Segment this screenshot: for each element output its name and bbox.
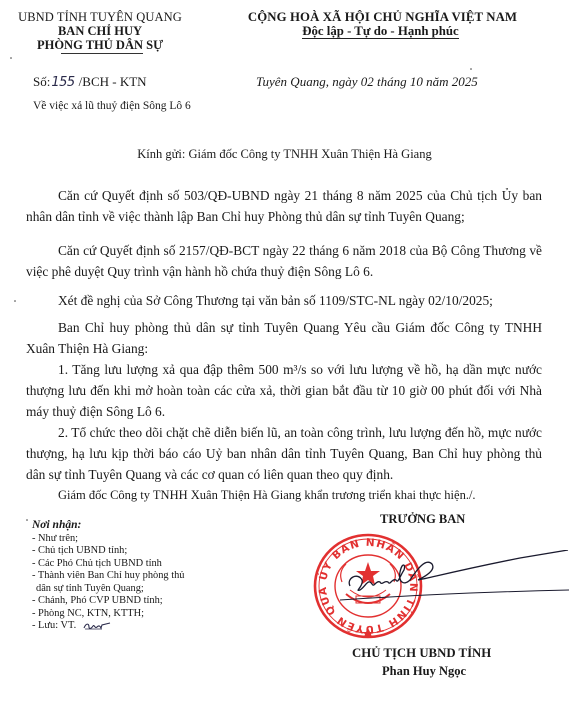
signer-role: CHỦ TỊCH UBND TỈNH xyxy=(352,646,491,661)
recipient-item-archive: - Lưu: VT. xyxy=(32,620,184,633)
recipient-item: - Phòng NC, KTN, KTTH; xyxy=(32,608,184,621)
paragraph-item-1: 1. Tăng lưu lượng xả qua đập thêm 500 m³… xyxy=(26,359,542,422)
scan-speck xyxy=(14,300,16,302)
paragraph-request-intro: Ban Chỉ huy phòng thủ dân sự tỉnh Tuyên … xyxy=(26,317,542,359)
document-number: Số:155/BCH - KTN xyxy=(33,74,147,90)
recipient-item: - Chủ tịch UBND tỉnh; xyxy=(32,545,184,558)
signer-name: Phan Huy Ngọc xyxy=(382,664,466,679)
handwritten-signature-icon xyxy=(340,550,569,610)
paragraph-item-2: 2. Tổ chức theo dõi chặt chẽ diễn biến l… xyxy=(26,422,542,485)
initials-mark-icon xyxy=(82,621,112,631)
national-motto: Độc lập - Tự do - Hạnh phúc xyxy=(302,24,458,39)
recipient-item: - Các Phó Chủ tịch UBND tỉnh xyxy=(32,558,184,571)
issuing-agency-header: UBND TỈNH TUYÊN QUANG BAN CHỈ HUY PHÒNG … xyxy=(0,10,200,54)
place-and-date: Tuyên Quang, ngày 02 tháng 10 năm 2025 xyxy=(256,74,478,90)
paragraph-legal-basis-2: Căn cứ Quyết định số 2157/QĐ-BCT ngày 22… xyxy=(26,240,542,282)
handwritten-number: 155 xyxy=(51,75,74,90)
paragraph-legal-basis-1: Căn cứ Quyết định số 503/QĐ-UBND ngày 21… xyxy=(26,185,542,227)
scan-speck xyxy=(10,57,12,59)
recipient-item: - Như trên; xyxy=(32,533,184,546)
number-prefix: Số: xyxy=(33,74,50,89)
recipients-list: Nơi nhận: - Như trên; - Chủ tịch UBND tỉ… xyxy=(32,519,184,633)
header-divider xyxy=(61,53,143,54)
addressee: Kính gửi: Giám đốc Công ty TNHH Xuân Thi… xyxy=(0,147,569,162)
archive-label: - Lưu: VT. xyxy=(32,620,76,631)
recipient-item: - Thành viên Ban Chỉ huy phòng thủ xyxy=(32,570,184,583)
document-subject: Về việc xả lũ thuỷ điện Sông Lô 6 xyxy=(33,100,191,112)
signer-title: TRƯỞNG BAN xyxy=(380,512,465,527)
paragraph-closing: Giám đốc Công ty TNHH Xuân Thiện Hà Gian… xyxy=(26,485,542,506)
organization-name-line1: BAN CHỈ HUY xyxy=(0,24,200,38)
national-header: CỘNG HOÀ XÃ HỘI CHỦ NGHĨA VIỆT NAM Độc l… xyxy=(200,10,569,39)
scan-speck xyxy=(470,68,472,70)
parent-organization: UBND TỈNH TUYÊN QUANG xyxy=(0,10,200,24)
organization-name-line2: PHÒNG THỦ DÂN SỰ xyxy=(37,38,163,52)
number-suffix: /BCH - KTN xyxy=(79,74,147,89)
recipients-title: Nơi nhận: xyxy=(32,519,184,532)
paragraph-proposal: Xét đề nghị của Sở Công Thương tại văn b… xyxy=(26,290,542,311)
recipient-item-continued: dân sự tỉnh Tuyên Quang; xyxy=(32,583,184,596)
national-title: CỘNG HOÀ XÃ HỘI CHỦ NGHĨA VIỆT NAM xyxy=(196,10,569,24)
recipient-item: - Chánh, Phó CVP UBND tỉnh; xyxy=(32,595,184,608)
scan-speck xyxy=(26,519,28,521)
